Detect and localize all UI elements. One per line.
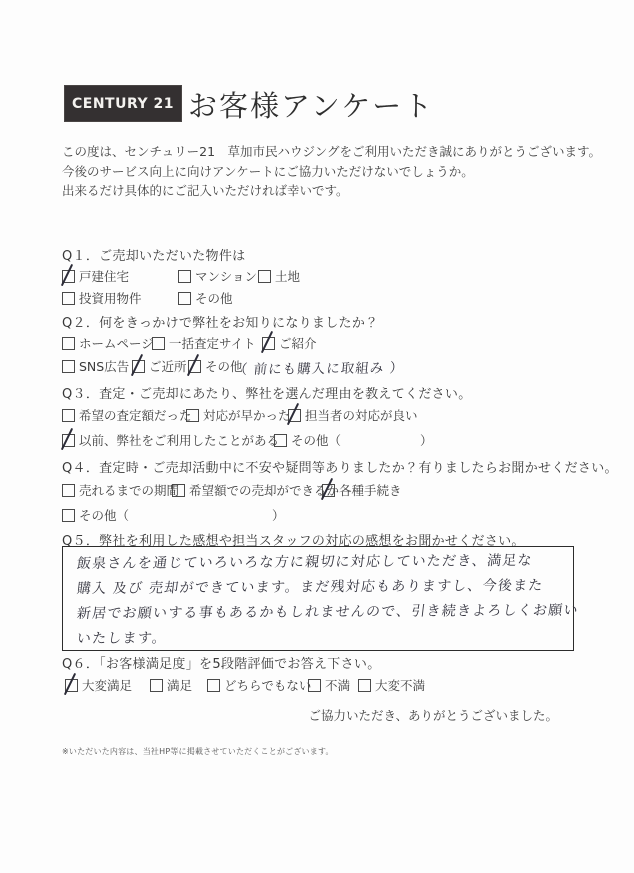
q4-options-row-1: 売れるまでの期間 希望額での売却ができるか 各種手続き bbox=[0, 481, 634, 501]
option-label: その他 bbox=[195, 289, 233, 307]
option-label: どちらでもない bbox=[224, 676, 311, 694]
option-q2-neighborhood: ご近所 bbox=[132, 357, 187, 375]
checkbox-sns-ad bbox=[62, 360, 75, 373]
checkbox-land bbox=[258, 270, 271, 283]
option-q6-very-satisfied: 大変満足 bbox=[65, 676, 132, 694]
option-label: 満足 bbox=[167, 676, 192, 694]
option-label: 戸建住宅 bbox=[79, 267, 129, 285]
checkbox-quick-response bbox=[186, 409, 199, 422]
checkbox-q4-other bbox=[62, 509, 75, 522]
option-label: ホームページ bbox=[79, 334, 154, 352]
option-label: 以前、弊社をご利用したことがある bbox=[79, 431, 279, 449]
checkbox-used-before bbox=[62, 434, 75, 447]
checkbox-detached-house bbox=[62, 270, 75, 283]
q1-options-row-1: 戸建住宅 マンション 土地 bbox=[0, 267, 634, 287]
option-q4-other: その他（ bbox=[62, 506, 129, 524]
checkbox-procedures bbox=[322, 484, 335, 497]
checkbox-time-to-sell bbox=[62, 484, 75, 497]
intro-line-1: この度は、センチュリー21 草加市民ハウジングをご利用いただき誠にありがとうござ… bbox=[62, 142, 601, 162]
option-q3-good-agent: 担当者の対応が良い bbox=[288, 406, 418, 424]
option-label: 一括査定サイト bbox=[169, 334, 256, 352]
option-label: その他（ bbox=[291, 431, 341, 449]
option-q1-land: 土地 bbox=[258, 267, 300, 285]
q2-other-handwritten-note: （ 前にも購入に取組み ） bbox=[233, 356, 405, 378]
century21-logo-text: CENTURY 21 bbox=[72, 96, 174, 112]
q4-label: Q４．査定時・ご売却活動中に不安や疑問等ありましたか？有りましたらお聞かせくださ… bbox=[62, 457, 618, 476]
q2-options-row-2: SNS広告 ご近所 その他 （ 前にも購入に取組み ） bbox=[0, 357, 634, 377]
checkbox-q2-other bbox=[188, 360, 201, 373]
checkbox-hoped-price bbox=[62, 409, 75, 422]
option-q4-time-to-sell: 売れるまでの期間 bbox=[62, 481, 179, 499]
option-label: 希望額での売却ができるか bbox=[189, 481, 339, 499]
option-label: ご近所 bbox=[149, 357, 187, 375]
option-q3-quick-response: 対応が早かった bbox=[186, 406, 291, 424]
option-q6-dissatisfied: 不満 bbox=[308, 676, 350, 694]
checkbox-q1-other bbox=[178, 292, 191, 305]
checkbox-condo bbox=[178, 270, 191, 283]
option-q4-sell-at-hoped-price: 希望額での売却ができるか bbox=[172, 481, 339, 499]
q5-answer-box: 飯泉さんを通じていろいろな方に親切に対応していただき、満足な 購入 及び 売却が… bbox=[62, 546, 574, 651]
q3-options-row-2: 以前、弊社をご利用したことがある その他（ ） bbox=[0, 431, 634, 451]
handwritten-line-4: いたします。 bbox=[76, 627, 168, 648]
checkbox-sell-at-hoped-price bbox=[172, 484, 185, 497]
checkbox-good-agent bbox=[288, 409, 301, 422]
survey-page: CENTURY 21 お客様アンケート この度は、センチュリー21 草加市民ハウ… bbox=[0, 0, 634, 873]
checkbox-referral bbox=[262, 337, 275, 350]
option-q6-very-dissatisfied: 大変不満 bbox=[358, 676, 425, 694]
checkbox-satisfied bbox=[150, 679, 163, 692]
q6-options-row: 大変満足 満足 どちらでもない 不満 大変不満 bbox=[0, 676, 634, 696]
q4-other-close-paren: ） bbox=[272, 506, 285, 524]
option-q3-used-before: 以前、弊社をご利用したことがある bbox=[62, 431, 279, 449]
q1-label: Q１．ご売却いただいた物件は bbox=[62, 245, 245, 264]
option-label: SNS広告 bbox=[79, 357, 129, 375]
option-label: 大変満足 bbox=[82, 676, 132, 694]
checkbox-bulk-assessment-site bbox=[152, 337, 165, 350]
checkbox-q3-other bbox=[274, 434, 287, 447]
option-q2-bulk-assessment-site: 一括査定サイト bbox=[152, 334, 256, 352]
checkbox-homepage bbox=[62, 337, 75, 350]
q4-options-row-2: その他（ ） bbox=[0, 506, 634, 526]
option-label: 不満 bbox=[325, 676, 350, 694]
option-q2-sns-ad: SNS広告 bbox=[62, 357, 129, 375]
checkbox-investment bbox=[62, 292, 75, 305]
intro-paragraph: この度は、センチュリー21 草加市民ハウジングをご利用いただき誠にありがとうござ… bbox=[62, 142, 601, 201]
option-q3-other: その他（ bbox=[274, 431, 341, 449]
q1-options-row-2: 投資用物件 その他 bbox=[0, 289, 634, 309]
intro-line-2: 今後のサービス向上に向けアンケートにご協力いただけないでしょうか。 bbox=[62, 162, 601, 182]
option-label: 投資用物件 bbox=[79, 289, 142, 307]
privacy-footnote: ※いただいた内容は、当社HP等に掲載させていただくことがございます。 bbox=[62, 746, 334, 757]
century21-logo: CENTURY 21 bbox=[64, 85, 182, 122]
option-q3-hoped-price: 希望の査定額だった bbox=[62, 406, 192, 424]
option-label: 対応が早かった bbox=[203, 406, 291, 424]
checkbox-neighborhood bbox=[132, 360, 145, 373]
closing-thanks: ご協力いただき、ありがとうございました。 bbox=[308, 706, 558, 724]
option-q1-detached-house: 戸建住宅 bbox=[62, 267, 129, 285]
q6-label: Q６．「お客様満足度」を5段階評価でお答え下さい。 bbox=[62, 653, 381, 672]
option-q6-satisfied: 満足 bbox=[150, 676, 192, 694]
option-label: 各種手続き bbox=[339, 481, 402, 499]
option-label: 売れるまでの期間 bbox=[79, 481, 179, 499]
checkbox-neutral bbox=[207, 679, 220, 692]
option-q1-investment: 投資用物件 bbox=[62, 289, 142, 307]
q3-options-row-1: 希望の査定額だった 対応が早かった 担当者の対応が良い bbox=[0, 406, 634, 426]
option-label: 大変不満 bbox=[375, 676, 425, 694]
option-label: その他（ bbox=[79, 506, 129, 524]
q2-label: Q２．何をきっかけで弊社をお知りになりましたか？ bbox=[62, 312, 378, 331]
option-label: ご紹介 bbox=[279, 334, 317, 352]
option-q1-other: その他 bbox=[178, 289, 233, 307]
q2-options-row-1: ホームページ 一括査定サイト ご紹介 bbox=[0, 334, 634, 354]
option-q4-procedures: 各種手続き bbox=[322, 481, 402, 499]
option-label: 希望の査定額だった bbox=[79, 406, 192, 424]
handwritten-line-2: 購入 及び 売却ができています。まだ残対応もありますし、今後また bbox=[76, 575, 545, 598]
option-q1-condo: マンション bbox=[178, 267, 257, 285]
checkbox-very-dissatisfied bbox=[358, 679, 371, 692]
survey-title: お客様アンケート bbox=[188, 84, 434, 125]
checkbox-dissatisfied bbox=[308, 679, 321, 692]
q3-label: Q３．査定・ご売却にあたり、弊社を選んだ理由を教えてください。 bbox=[62, 383, 472, 402]
option-q2-homepage: ホームページ bbox=[62, 334, 154, 352]
option-q2-referral: ご紹介 bbox=[262, 334, 317, 352]
intro-line-3: 出来るだけ具体的にご記入いただければ幸いです。 bbox=[62, 181, 601, 201]
handwritten-line-1: 飯泉さんを通じていろいろな方に親切に対応していただき、満足な bbox=[76, 550, 534, 573]
option-label: 担当者の対応が良い bbox=[305, 406, 418, 424]
option-label: マンション bbox=[195, 267, 257, 285]
option-label: 土地 bbox=[275, 267, 300, 285]
q3-other-close-paren: ） bbox=[420, 431, 433, 449]
handwritten-line-3: 新居でお願いする事もあるかもしれませんので、引き続きよろしくお願い bbox=[76, 600, 580, 623]
checkbox-very-satisfied bbox=[65, 679, 78, 692]
option-q6-neutral: どちらでもない bbox=[207, 676, 311, 694]
